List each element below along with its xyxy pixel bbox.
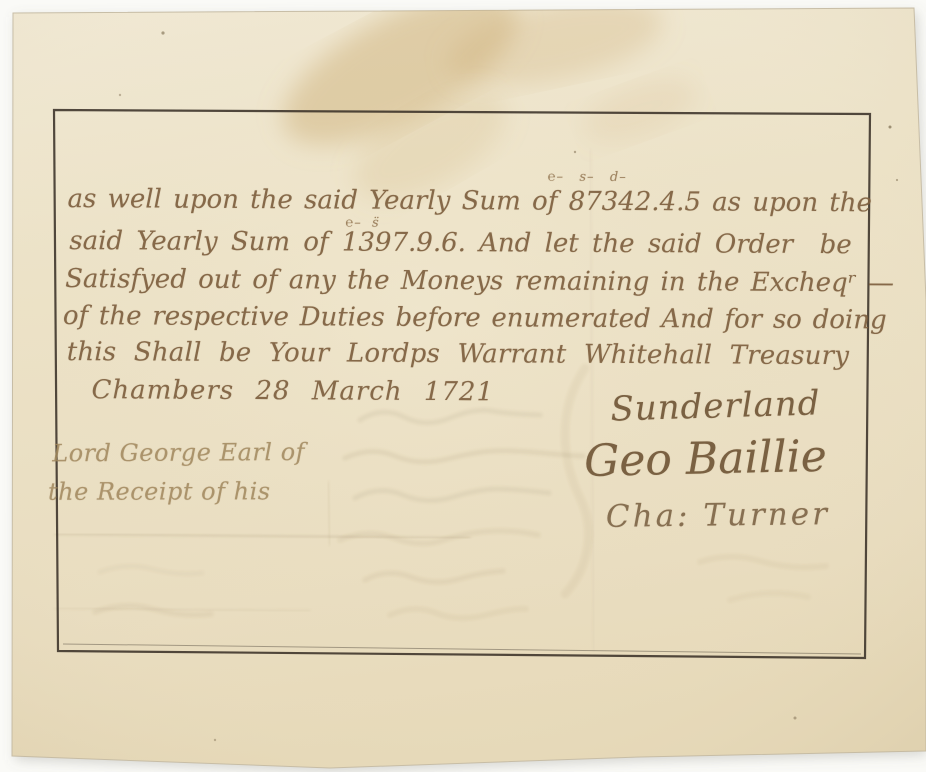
scan-background: ℮– s– d– ℮– s̈ as well upon the said Yea… bbox=[0, 0, 926, 772]
document-scan-artwork bbox=[0, 0, 926, 772]
